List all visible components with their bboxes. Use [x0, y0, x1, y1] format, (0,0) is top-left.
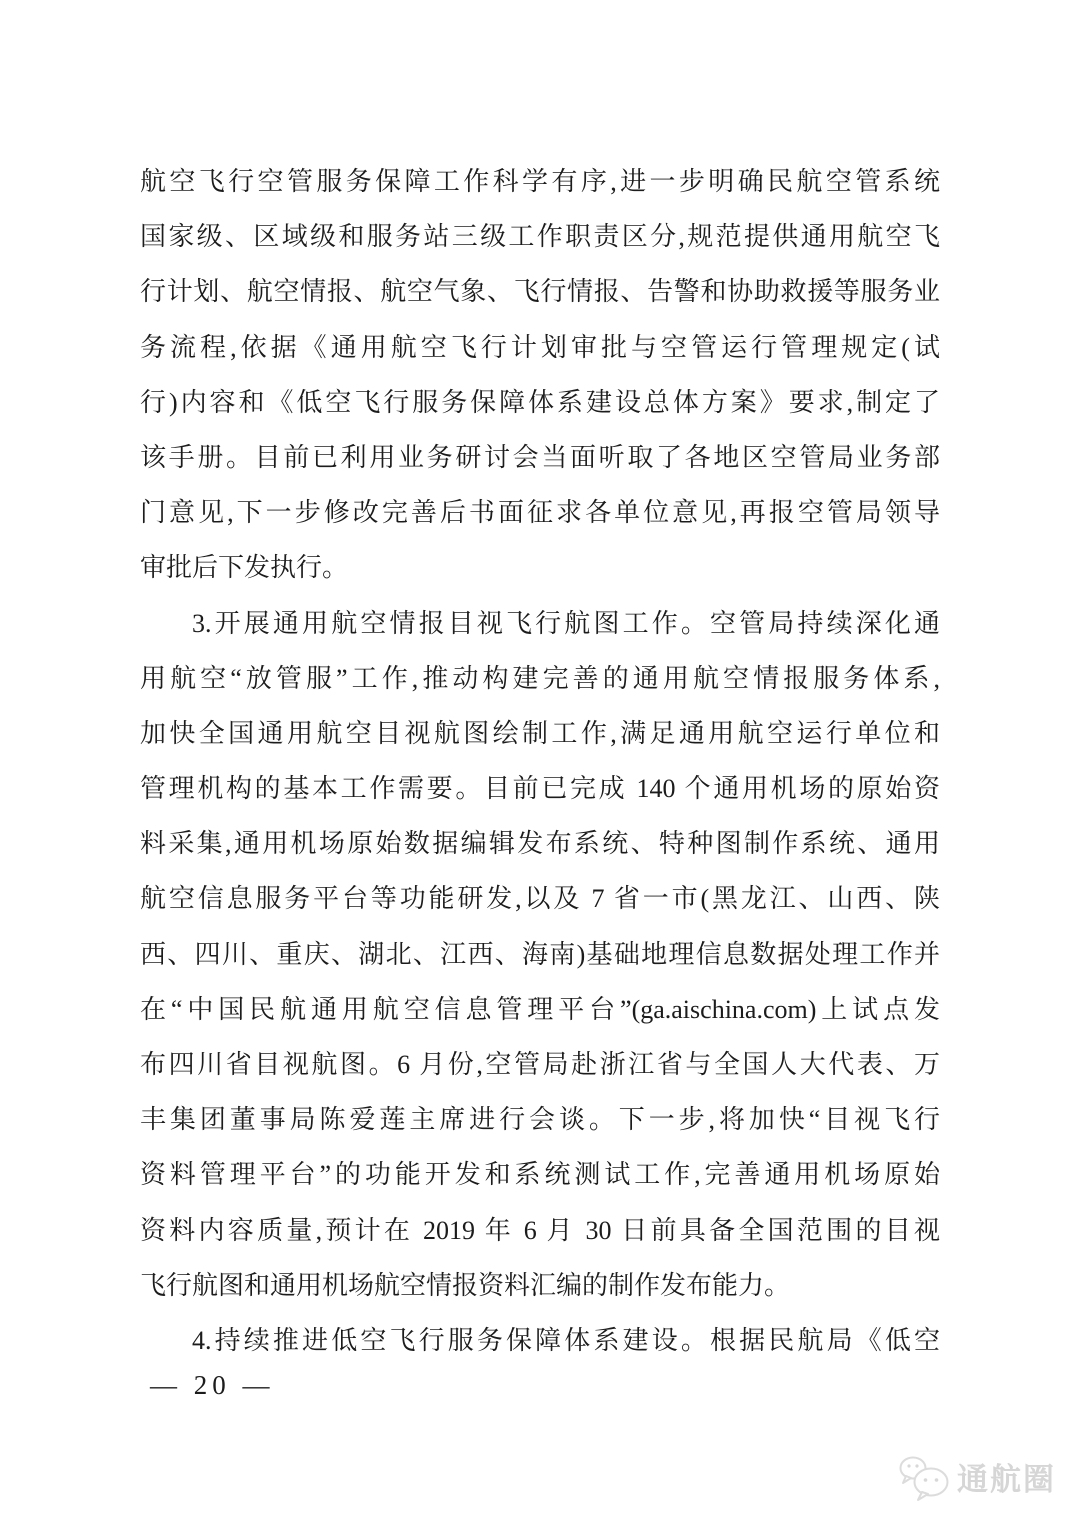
text-line: 行计划、航空情报、航空气象、飞行情报、告警和协助救援等服务业	[140, 264, 940, 319]
wechat-chat-bubbles-icon	[898, 1456, 950, 1502]
text-line: 该手册。目前已利用业务研讨会当面听取了各地区空管局业务部	[140, 430, 940, 485]
text-line: 布四川省目视航图。6 月份,空管局赴浙江省与全国人大代表、万	[140, 1037, 940, 1092]
text-line: 行)内容和《低空飞行服务保障体系建设总体方案》要求,制定了	[140, 375, 940, 430]
text-line: 资料内容质量,预计在 2019 年 6 月 30 日前具备全国范围的目视	[140, 1203, 940, 1258]
watermark-label: 通航圈	[957, 1464, 1056, 1495]
page-number: — 20 —	[150, 1370, 275, 1401]
document-page: 航空飞行空管服务保障工作科学有序,进一步明确民航空管系统 国家级、区域级和服务站…	[0, 0, 1080, 1527]
text-line: 门意见,下一步修改完善后书面征求各单位意见,再报空管局领导	[140, 485, 940, 540]
text-line: 管理机构的基本工作需要。目前已完成 140 个通用机场的原始资	[140, 761, 940, 816]
text-line: 西、四川、重庆、湖北、江西、海南)基础地理信息数据处理工作并	[140, 927, 940, 982]
text-line: 资料管理平台”的功能开发和系统测试工作,完善通用机场原始	[140, 1147, 940, 1202]
text-line: 航空飞行空管服务保障工作科学有序,进一步明确民航空管系统	[140, 154, 940, 209]
text-line: 丰集团董事局陈爱莲主席进行会谈。下一步,将加快“目视飞行	[140, 1092, 940, 1147]
watermark: 通航圈	[898, 1456, 1056, 1502]
text-line: 审批后下发执行。	[140, 540, 940, 595]
text-line-paragraph-start: 4.持续推进低空飞行服务保障体系建设。根据民航局《低空	[140, 1313, 940, 1368]
text-line: 料采集,通用机场原始数据编辑发布系统、特种图制作系统、通用	[140, 816, 940, 871]
text-line: 飞行航图和通用机场航空情报资料汇编的制作发布能力。	[140, 1258, 940, 1313]
text-line: 加快全国通用航空目视航图绘制工作,满足通用航空运行单位和	[140, 706, 940, 761]
text-line: 航空信息服务平台等功能研发,以及 7 省一市(黑龙江、山西、陕	[140, 871, 940, 926]
text-line: 用航空“放管服”工作,推动构建完善的通用航空情报服务体系,	[140, 651, 940, 706]
text-line: 务流程,依据《通用航空飞行计划审批与空管运行管理规定(试	[140, 320, 940, 375]
text-line: 在“中国民航通用航空信息管理平台”(ga.aischina.com)上试点发	[140, 982, 940, 1037]
text-line-paragraph-start: 3.开展通用航空情报目视飞行航图工作。空管局持续深化通	[140, 596, 940, 651]
text-line: 国家级、区域级和服务站三级工作职责区分,规范提供通用航空飞	[140, 209, 940, 264]
document-body: 航空飞行空管服务保障工作科学有序,进一步明确民航空管系统 国家级、区域级和服务站…	[140, 154, 940, 1368]
